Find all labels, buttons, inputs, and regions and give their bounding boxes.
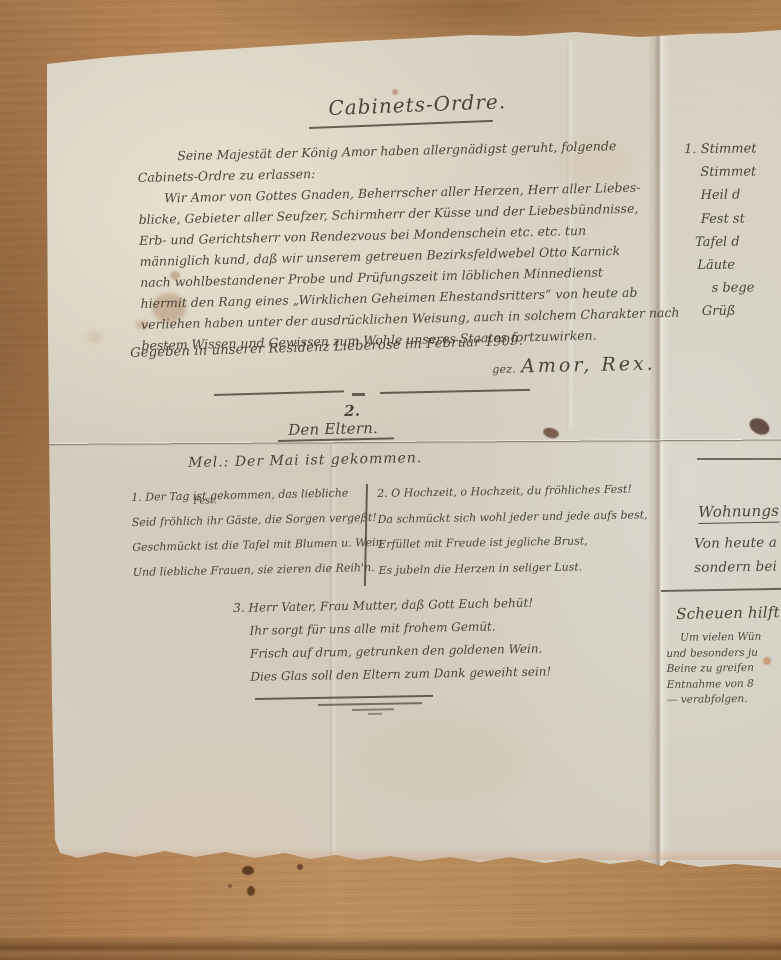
stain	[763, 657, 771, 665]
horizontal-fold-crease	[47, 439, 781, 446]
right-note-line: und besonders ju	[666, 645, 761, 662]
verse-1: 1. Der Tag ist gekommen, das liebliche S…	[131, 480, 383, 585]
signature: gez. Amor, Rex.	[492, 353, 656, 378]
ink-blot	[542, 426, 560, 440]
inserted-word: Fest.	[193, 496, 217, 506]
wood-knot	[242, 866, 254, 875]
section-number: 2.	[344, 402, 360, 420]
right-page-rule	[697, 458, 781, 460]
stain	[86, 331, 103, 343]
wood-knot	[247, 886, 255, 896]
divider-line	[380, 389, 530, 394]
right-verse-line: Fest st	[701, 207, 758, 231]
verse-line: Da schmückt sich wohl jeder und jede auf…	[377, 502, 647, 532]
melody-note: Mel.: Der Mai ist gekommen.	[188, 450, 422, 471]
right-verse-line: Tafel d	[695, 230, 758, 254]
signature-name: Amor, Rex.	[521, 353, 656, 378]
right-note-line: — verabfolgen.	[667, 692, 762, 709]
right-verse-line: Grüß	[702, 300, 759, 324]
verse-2: 2. O Hochzeit, o Hochzeit, du fröhliches…	[377, 476, 649, 583]
verse-3: 3. Herr Vater, Frau Mutter, daß Gott Euc…	[233, 591, 551, 689]
document-title: Cabinets-Ordre.	[328, 89, 507, 120]
flourish-line	[368, 713, 382, 715]
paper-sheet: Cabinets-Ordre. Seine Majestät der König…	[0, 0, 781, 960]
right-text-line: sondern bei	[694, 559, 777, 576]
right-note-line: Um vielen Wün	[666, 630, 761, 647]
right-text-line: Von heute a	[694, 535, 777, 552]
verse-line: 2. O Hochzeit, o Hochzeit, du fröhliches…	[377, 476, 647, 506]
right-verse-line: Läute	[697, 253, 758, 277]
flourish-line	[255, 695, 433, 700]
flourish-line	[352, 708, 394, 710]
right-verse-line: 1. Stimmet	[684, 137, 757, 161]
photo-of-document: { "photo": { "surface_colors": { "wood":…	[0, 0, 781, 960]
divider-dash	[352, 393, 365, 396]
right-note-line: Entnahme von 8	[667, 676, 762, 693]
right-note-line: Beine zu greifen	[666, 661, 761, 678]
stain	[360, 720, 530, 800]
ordre-body: Seine Majestät der König Amor haben alle…	[137, 134, 666, 356]
bottom-edge-fibers	[55, 848, 781, 860]
ink-blot	[747, 415, 773, 438]
right-heading-wohnung: Wohnungs	[698, 502, 779, 524]
title-underline	[309, 120, 493, 129]
signature-prefix: gez.	[492, 363, 516, 376]
right-verse-line: s bege	[711, 277, 758, 301]
flourish-line	[318, 702, 422, 706]
right-note: Um vielen Wün und besonders ju Beine zu …	[666, 630, 762, 709]
wood-knot	[297, 864, 303, 870]
verse-line: Dies Glas soll den Eltern zum Dank gewei…	[234, 660, 551, 689]
right-page-verse: 1. Stimmet Stimmet Heil d Fest st Tafel …	[700, 137, 758, 323]
right-verse-line: Stimmet	[700, 161, 757, 185]
verse-line: Und liebliche Frauen, sie zieren die Rei…	[133, 555, 384, 585]
section-heading: Den Eltern.	[288, 419, 378, 439]
right-page-rule	[661, 588, 781, 592]
wood-knot	[228, 884, 232, 888]
right-verse-line: Heil d	[700, 184, 757, 208]
verse-line: Es jubeln die Herzen in seliger Lust.	[378, 553, 648, 583]
divider-line	[214, 390, 344, 396]
right-heading-scheuen: Scheuen hilft nic	[676, 603, 781, 623]
